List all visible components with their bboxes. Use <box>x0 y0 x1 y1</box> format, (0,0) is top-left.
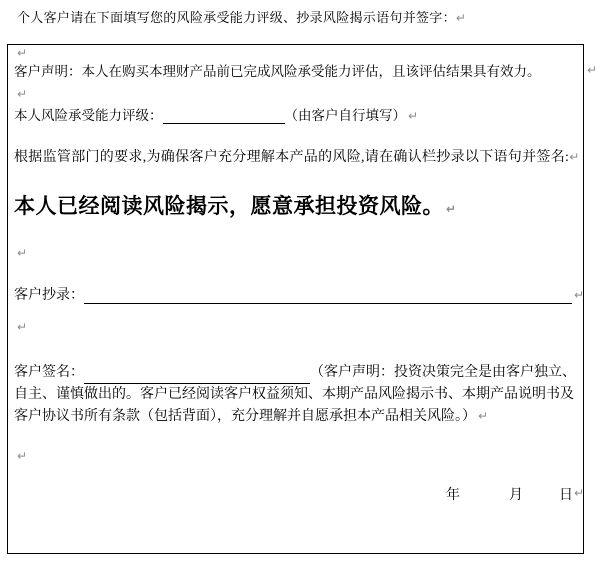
date-month-label: 月 <box>509 484 523 504</box>
regulator-instruction-text: 根据监管部门的要求,为确保客户充分理解本产品的风险,请在确认栏抄录以下语句并签名… <box>14 150 569 165</box>
paragraph-mark-icon: ↵ <box>478 409 488 423</box>
paragraph-mark-icon: ↵ <box>408 109 418 123</box>
intro-line: 个人客户请在下面填写您的风险承受能力评级、抄录风险揭示语句并签字：↵ <box>17 7 466 26</box>
date-day-label: 日 <box>559 484 573 504</box>
paragraph-mark-icon: ↵ <box>569 150 579 164</box>
date-year-label: 年 <box>446 484 460 504</box>
document-page: 个人客户请在下面填写您的风险承受能力评级、抄录风险揭示语句并签字：↵ ↵ 客户声… <box>0 0 597 575</box>
date-line: 年 月 日 ↵ <box>8 484 583 504</box>
paragraph-mark-icon: ↵ <box>17 88 27 100</box>
customer-signature-paragraph: 客户签名：（客户声明：投资决策完全是由客户独立、自主、谨慎做出的。客户已经阅读客… <box>14 362 578 428</box>
paragraph-mark-icon: ↵ <box>574 288 584 302</box>
customer-declaration-text: 客户声明：本人在购买本理财产品前已完成风险承受能力评估，且该评估结果具有效力。 <box>14 64 541 79</box>
customer-copy-line: 客户抄录：↵ <box>14 284 584 304</box>
paragraph-mark-icon: ↵ <box>446 202 457 216</box>
paragraph-mark-icon: ↵ <box>17 247 27 259</box>
risk-rating-line: 本人风险承受能力评级：（由客户自行填写）↵ <box>14 104 418 124</box>
risk-rating-label: 本人风险承受能力评级： <box>14 108 163 123</box>
paragraph-mark-icon: ↵ <box>574 487 584 499</box>
risk-rating-blank-field[interactable] <box>163 109 285 124</box>
intro-text: 个人客户请在下面填写您的风险承受能力评级、抄录风险揭示语句并签字： <box>17 10 456 25</box>
customer-declaration-line: 客户声明：本人在购买本理财产品前已完成风险承受能力评估，且该评估结果具有效力。 <box>14 60 541 80</box>
paragraph-mark-icon: ↵ <box>587 64 597 76</box>
regulator-instruction-line: 根据监管部门的要求,为确保客户充分理解本产品的风险,请在确认栏抄录以下语句并签名… <box>14 146 580 166</box>
paragraph-mark-icon: ↵ <box>456 11 466 25</box>
customer-signature-label: 客户签名： <box>14 365 84 380</box>
risk-statement-text: 本人已经阅读风险揭示，愿意承担投资风险。 <box>14 194 444 218</box>
paragraph-mark-icon: ↵ <box>17 47 27 59</box>
risk-statement-line: 本人已经阅读风险揭示，愿意承担投资风险。↵ <box>14 190 457 220</box>
declaration-box: ↵ 客户声明：本人在购买本理财产品前已完成风险承受能力评估，且该评估结果具有效力… <box>7 44 584 554</box>
customer-copy-label: 客户抄录： <box>14 288 84 303</box>
paragraph-mark-icon: ↵ <box>17 450 27 462</box>
paragraph-mark-icon: ↵ <box>17 321 27 333</box>
risk-rating-suffix: （由客户自行填写） <box>285 108 407 123</box>
customer-signature-blank-field[interactable] <box>84 368 310 384</box>
customer-copy-blank-field[interactable] <box>84 288 572 304</box>
